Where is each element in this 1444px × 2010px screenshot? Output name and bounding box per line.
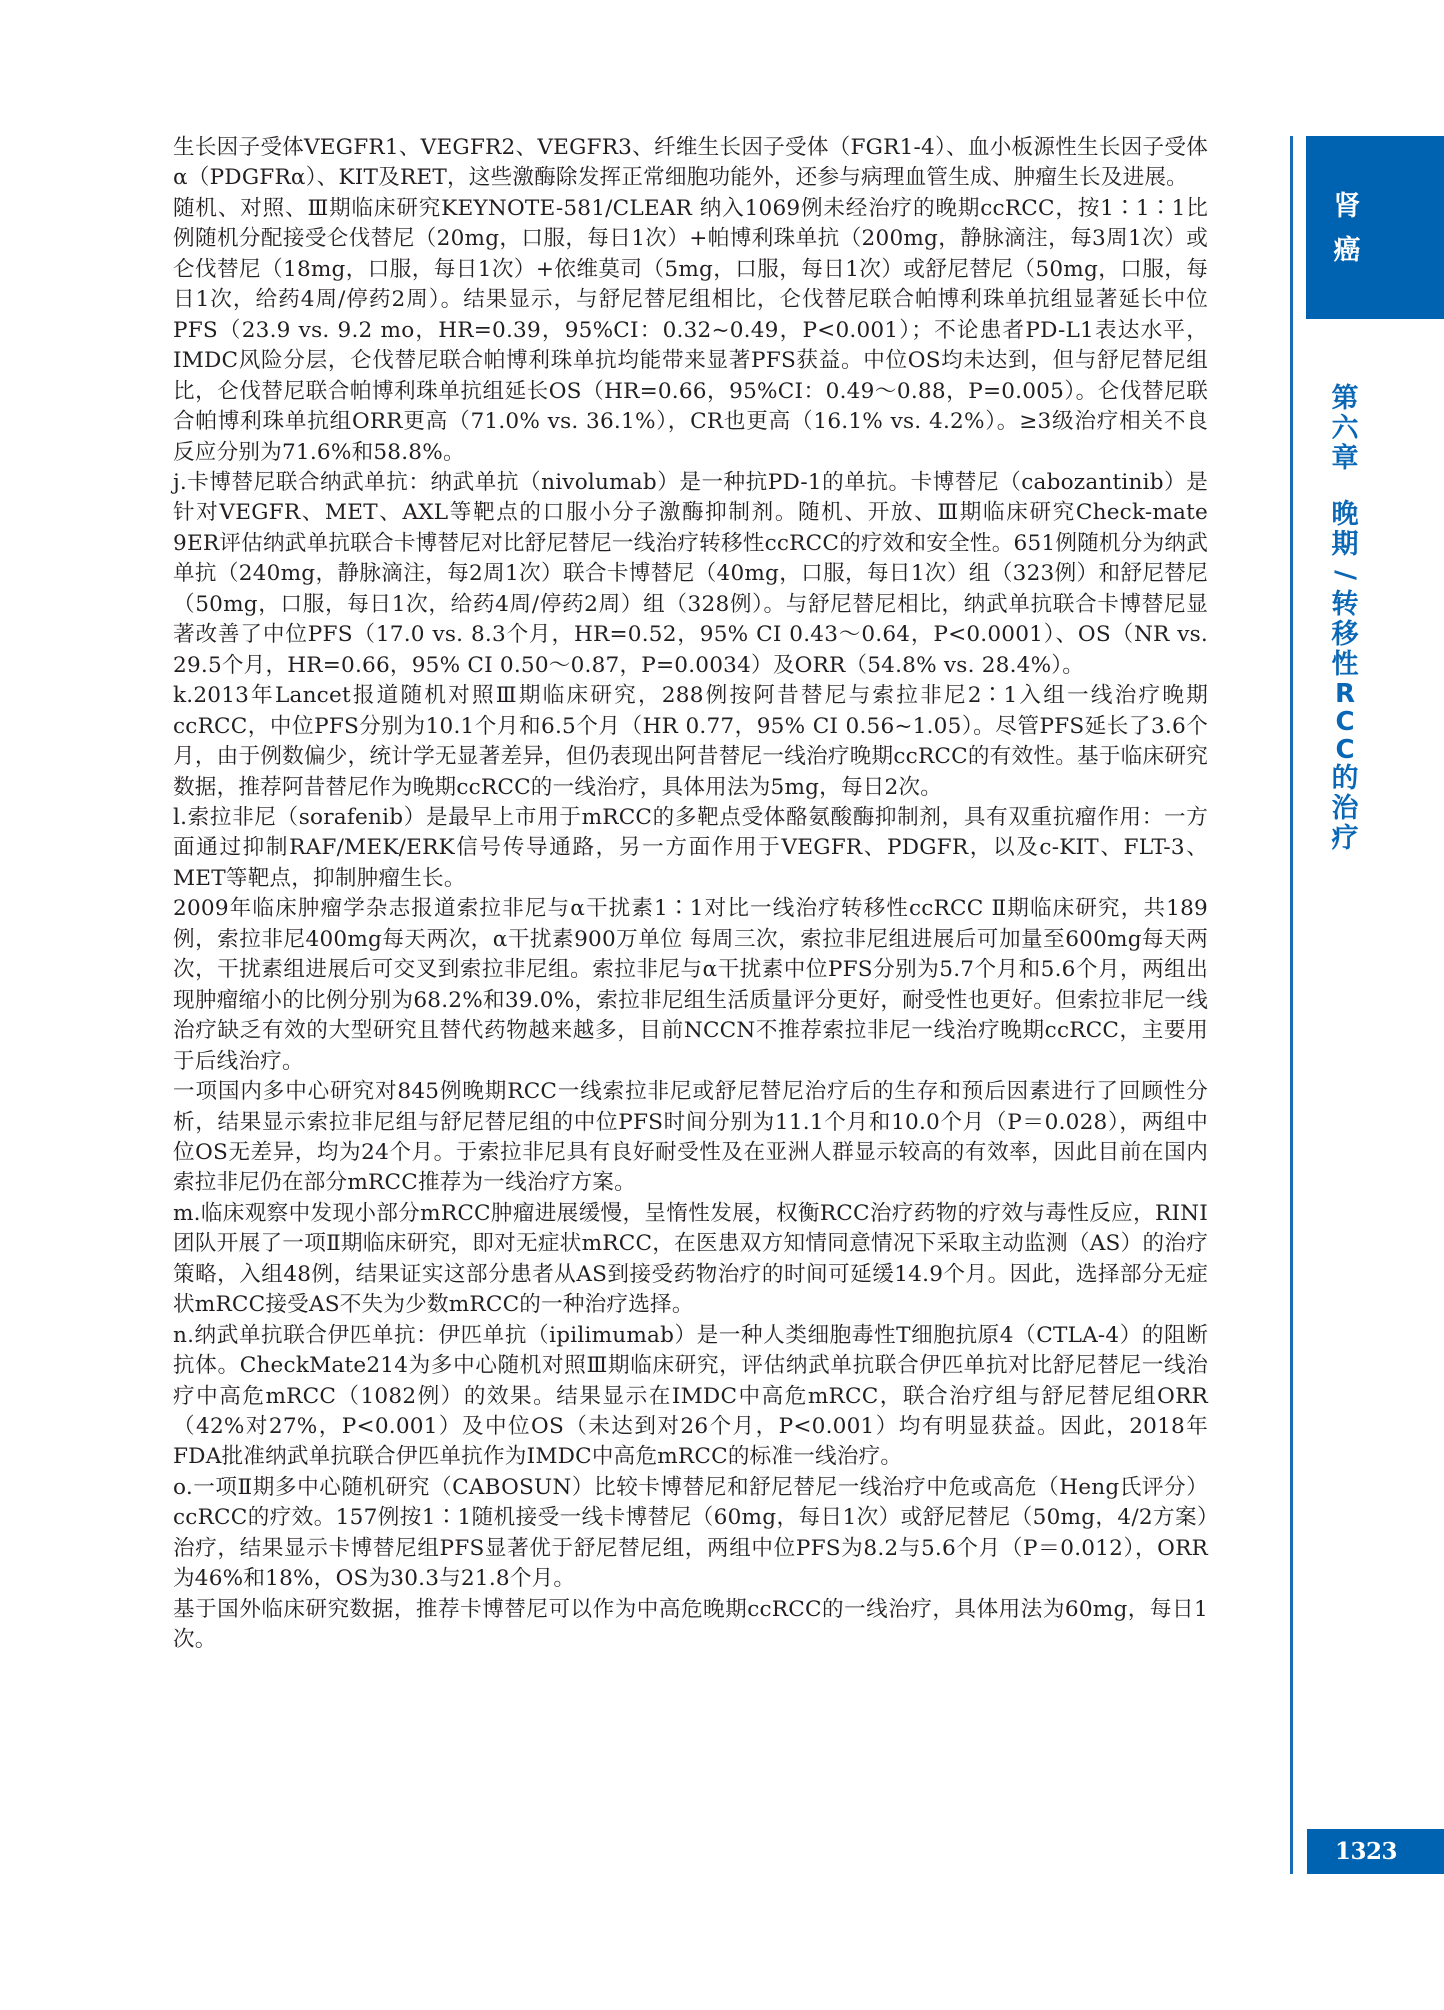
paragraph-keynote-581-clear: 随机、对照、Ⅲ期临床研究KEYNOTE-581/CLEAR 纳入1069例未经治… [173, 194, 1208, 468]
section-tab-char: 癌 [1332, 236, 1362, 266]
paragraph-m-active-surveillance: m.临床观察中发现小部分mRCC肿瘤进展缓慢，呈惰性发展，权衡RCC治疗药物的疗… [173, 1199, 1208, 1321]
chapter-title-char: 期 [1328, 530, 1362, 560]
margin-rule [1290, 136, 1293, 1874]
chapter-title-char: 转 [1328, 590, 1362, 620]
paragraph-j-cabozantinib-nivolumab: j.卡博替尼联合纳武单抗：纳武单抗（nivolumab）是一种抗PD-1的单抗。… [173, 468, 1208, 681]
chapter-title-char: 章 [1328, 444, 1362, 474]
chapter-title-char: 六 [1328, 414, 1362, 444]
chapter-title-char: C [1328, 708, 1362, 736]
chapter-title-char: C [1328, 736, 1362, 764]
paragraph-growth-factor-receptors: 生长因子受体VEGFR1、VEGFR2、VEGFR3、纤维生长因子受体（FGR1… [173, 133, 1208, 194]
paragraph-domestic-845-study: 一项国内多中心研究对845例晚期RCC一线索拉非尼或舒尼替尼治疗后的生存和预后因… [173, 1077, 1208, 1199]
paragraph-k-axitinib: k.2013年Lancet报道随机对照Ⅲ期临床研究，288例按阿昔替尼与索拉非尼… [173, 681, 1208, 803]
paragraph-2009-sorafenib-interferon: 2009年临床肿瘤学杂志报道索拉非尼与α干扰素1∶1对比一线治疗转移性ccRCC… [173, 894, 1208, 1077]
chapter-title-char: R [1328, 680, 1362, 708]
page-number-box: 1323 [1307, 1829, 1444, 1874]
paragraph-n-nivolumab-ipilimumab: n.纳武单抗联合伊匹单抗：伊匹单抗（ipilimumab）是一种人类细胞毒性T细… [173, 1321, 1208, 1473]
chapter-title-char: 性 [1328, 650, 1362, 680]
body-text: 生长因子受体VEGFR1、VEGFR2、VEGFR3、纤维生长因子受体（FGR1… [173, 133, 1208, 1656]
chapter-title: 第 六 章 晚 期 / 转 移 性 R C C 的 治 疗 [1328, 384, 1362, 854]
chapter-title-char: / [1330, 558, 1360, 592]
chapter-title-char: 移 [1328, 620, 1362, 650]
section-tab-char: 肾 [1332, 192, 1362, 222]
chapter-title-char: 第 [1328, 384, 1362, 414]
page-number: 1323 [1335, 1838, 1397, 1865]
paragraph-l-sorafenib: l.索拉非尼（sorafenib）是最早上市用于mRCC的多靶点受体酪氨酸酶抑制… [173, 803, 1208, 894]
chapter-title-char: 治 [1328, 794, 1362, 824]
chapter-title-gap [1328, 474, 1362, 500]
section-tab: 肾 癌 [1306, 136, 1444, 319]
paragraph-o-cabosun: o.一项Ⅱ期多中心随机研究（CABOSUN）比较卡博替尼和舒尼替尼一线治疗中危或… [173, 1473, 1208, 1595]
chapter-title-char: 的 [1328, 764, 1362, 794]
paragraph-cabozantinib-recommendation: 基于国外临床研究数据，推荐卡博替尼可以作为中高危晚期ccRCC的一线治疗，具体用… [173, 1595, 1208, 1656]
chapter-title-char: 疗 [1328, 824, 1362, 854]
chapter-title-char: 晚 [1328, 500, 1362, 530]
